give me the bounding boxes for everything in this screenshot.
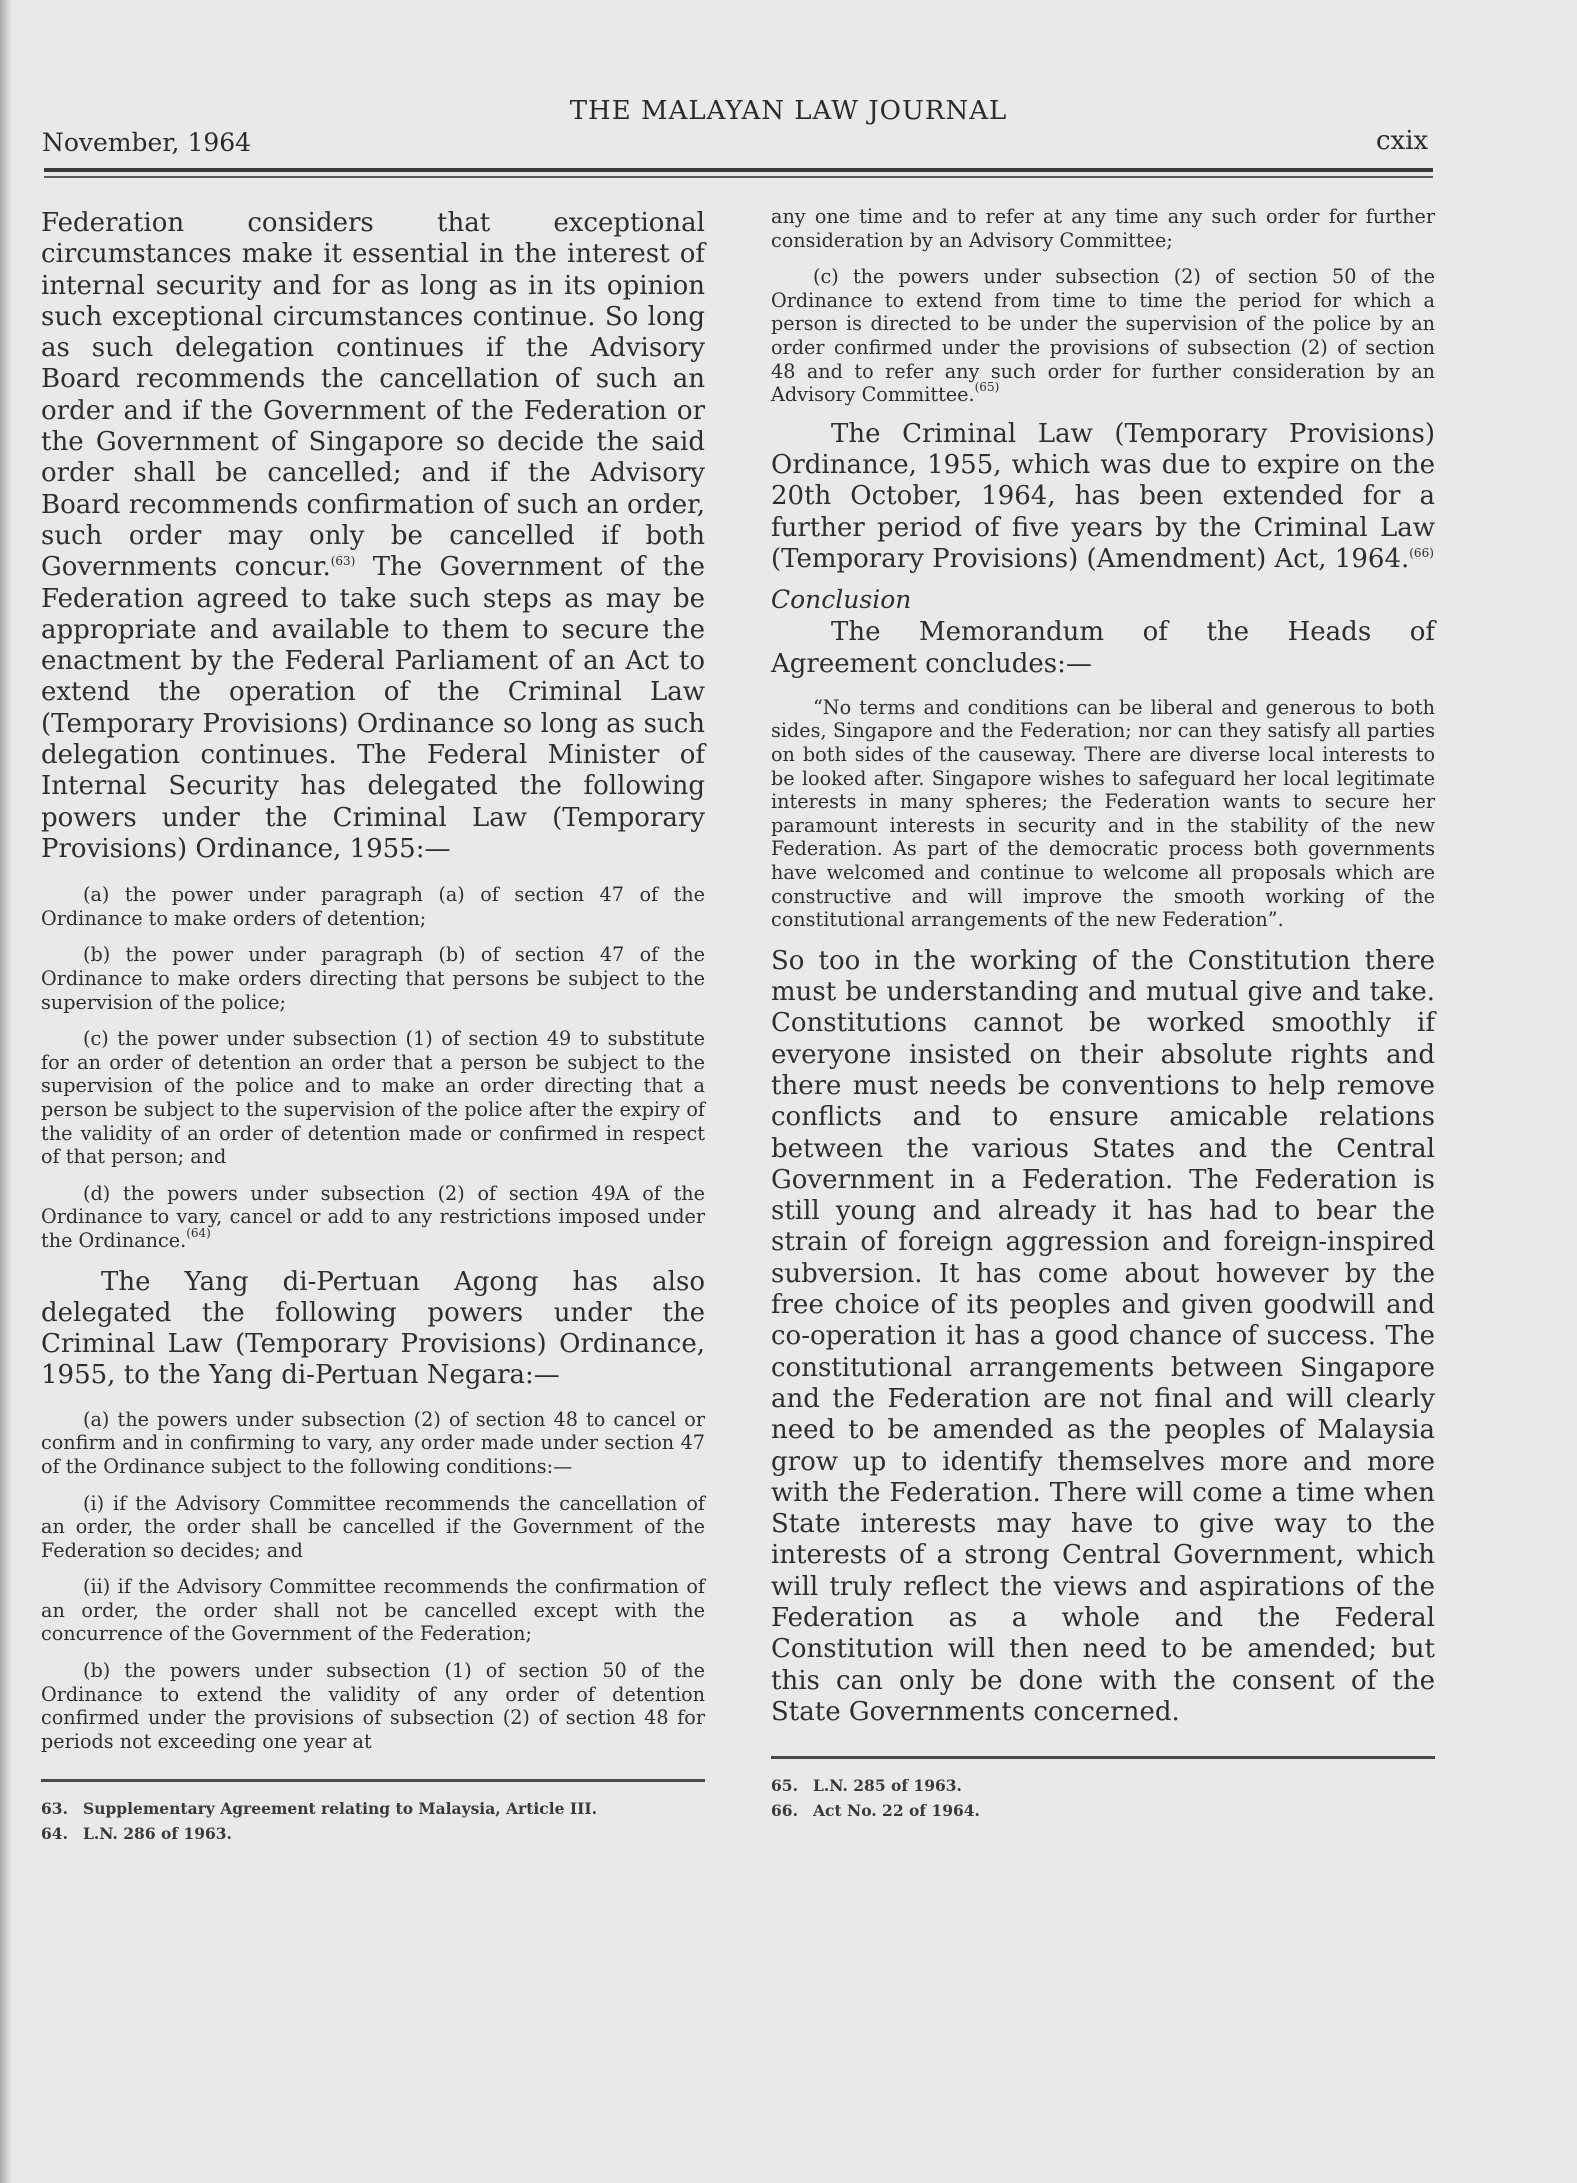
footnote-ref: (66) <box>1409 546 1434 560</box>
body-paragraph: The Yang di-Pertuan Agong has also deleg… <box>41 1267 705 1392</box>
list-item: (d) the powers under subsection (2) of s… <box>41 1182 705 1253</box>
list-item: (c) the powers under subsection (2) of s… <box>771 265 1435 407</box>
list-item-text: (d) the powers under subsection (2) of s… <box>41 1182 705 1252</box>
footnote-ref: (63) <box>331 554 356 568</box>
page-spine-shadow <box>0 0 12 2183</box>
body-paragraph: The Criminal Law (Temporary Provisions) … <box>771 419 1435 575</box>
footnote-rule <box>771 1756 1435 1759</box>
list-item: (i) if the Advisory Committee recommends… <box>41 1492 705 1563</box>
paragraph-text: The Criminal Law (Temporary Provisions) … <box>771 419 1435 574</box>
footnote-text: L.N. 286 of 1963. <box>83 1821 232 1846</box>
paragraph-text: Federation considers that exceptional ci… <box>41 208 705 582</box>
body-paragraph: So too in the working of the Constitutio… <box>771 946 1435 1728</box>
footnote-number: 66. <box>771 1798 813 1823</box>
list-item: (a) the power under paragraph (a) of sec… <box>41 883 705 930</box>
body-paragraph: Federation considers that exceptional ci… <box>41 208 705 865</box>
list-item-continuation: any one time and to refer at any time an… <box>771 205 1435 252</box>
right-column: any one time and to refer at any time an… <box>771 205 1435 1823</box>
page-number: cxix <box>1376 126 1428 156</box>
footnote: 63.Supplementary Agreement relating to M… <box>41 1796 705 1821</box>
list-item: (ii) if the Advisory Committee recommend… <box>41 1575 705 1646</box>
list-item-text: (c) the powers under subsection (2) of s… <box>771 265 1435 406</box>
footnote-rule <box>41 1779 705 1782</box>
footnote-text: Supplementary Agreement relating to Mala… <box>83 1796 597 1821</box>
paragraph-text: The Government of the Federation agreed … <box>41 552 705 864</box>
list-item: (b) the power under paragraph (b) of sec… <box>41 943 705 1014</box>
footnote: 64.L.N. 286 of 1963. <box>41 1821 705 1846</box>
journal-title: THE MALAYAN LAW JOURNAL <box>0 96 1577 126</box>
list-item: (a) the powers under subsection (2) of s… <box>41 1408 705 1479</box>
section-heading: Conclusion <box>771 583 1435 617</box>
footnote-number: 64. <box>41 1821 83 1846</box>
issue-date: November, 1964 <box>42 128 251 157</box>
footnote-number: 65. <box>771 1773 813 1798</box>
header-rule-thin <box>44 176 1433 178</box>
list-item: (b) the powers under subsection (1) of s… <box>41 1659 705 1753</box>
list-item: (c) the power under subsection (1) of se… <box>41 1027 705 1169</box>
footnote-text: L.N. 285 of 1963. <box>813 1773 962 1798</box>
block-quote: “No terms and conditions can be liberal … <box>771 696 1435 932</box>
footnote-text: Act No. 22 of 1964. <box>813 1798 980 1823</box>
footnote: 65.L.N. 285 of 1963. <box>771 1773 1435 1798</box>
footnote-number: 63. <box>41 1796 83 1821</box>
footnote-ref: (64) <box>186 1226 211 1240</box>
body-paragraph: The Memorandum of the Heads of Agreement… <box>771 617 1435 680</box>
footnote-ref: (65) <box>975 380 1000 394</box>
footnote: 66.Act No. 22 of 1964. <box>771 1798 1435 1823</box>
left-column: Federation considers that exceptional ci… <box>41 208 705 1846</box>
header-rule <box>44 168 1433 172</box>
